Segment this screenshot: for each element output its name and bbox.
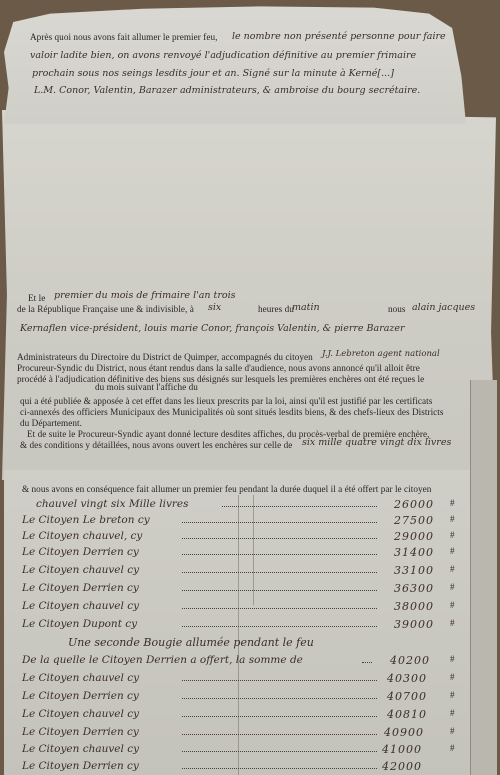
dotted-leader [182, 626, 377, 627]
handwritten-hour: six [208, 302, 221, 313]
bid-amount: 40200 [390, 654, 430, 667]
livres-mark: # [450, 726, 455, 736]
printed-paragraph-line: Administrateurs du Directoire du Distric… [17, 352, 313, 362]
bidder: chauvel vingt six Mille livres [36, 498, 189, 510]
bid-amount: 33100 [394, 564, 434, 577]
bid-row: Le Citoyen Derrien cy 36300 # [22, 582, 472, 598]
bid-row: Le Citoyen Derrien cy 31400 # [22, 546, 472, 562]
bid-row: Le Citoyen chauvel cy 41000 # [22, 743, 472, 759]
printed-paragraph-line: & des conditions y détaillées, nous avon… [20, 440, 292, 450]
dotted-leader [182, 608, 377, 609]
bid-row: Le Citoyen chauvel, cy 29000 # [22, 530, 472, 546]
livres-mark: # [450, 600, 455, 610]
printed-paragraph-line: du Département. [20, 418, 82, 428]
handwritten-date: premier du mois de frimaire l'an trois [54, 290, 236, 301]
bid-row: Le Citoyen Le breton cy 27500 # [22, 514, 472, 530]
dotted-leader [182, 768, 377, 769]
handwritten-line: prochain sous nos seings lesdits jour et… [32, 68, 394, 79]
printed-paragraph-line: Procureur-Syndic du District, nous étant… [17, 363, 420, 373]
livres-mark: # [450, 654, 455, 664]
bidder: Le Citoyen chauvel cy [22, 564, 139, 576]
bidder: Le Citoyen chauvel cy [22, 600, 139, 612]
dotted-leader [182, 734, 377, 735]
bid-row: Le Citoyen Derrien cy 40900 # [22, 726, 472, 742]
livres-mark: # [450, 498, 455, 508]
livres-mark: # [450, 743, 455, 753]
second-candle-heading: Une seconde Bougie allumée pendant le fe… [68, 636, 314, 649]
paper-sheet-top-fragment [4, 4, 466, 124]
livres-mark: # [450, 672, 455, 682]
bidder: Le Citoyen Derrien cy [22, 546, 139, 558]
dotted-leader [182, 538, 377, 539]
bid-amount: 40300 [387, 672, 427, 685]
livres-mark: # [450, 564, 455, 574]
bid-amount: 40900 [384, 726, 424, 739]
handwritten-agent: J.J. Lebreton agent national [322, 349, 440, 359]
bid-amount: 39000 [394, 618, 434, 631]
dotted-leader [182, 522, 377, 523]
bid-amount: 27500 [394, 514, 434, 527]
bid-amount: 36300 [394, 582, 434, 595]
printed-paragraph-line: procédé à l'adjudication définitive des … [17, 374, 424, 384]
bid-amount: 38000 [394, 600, 434, 613]
bid-row: Le Citoyen Dupont cy 39000 # [22, 618, 472, 634]
dotted-leader [182, 590, 377, 591]
printed-paragraph-line: ci-annexés des officiers Municipaux des … [20, 407, 444, 417]
paper-edge-right [470, 380, 497, 775]
bid-row: Le Citoyen chauvel cy 40810 # [22, 708, 472, 724]
bid-amount: 41000 [382, 743, 422, 756]
dotted-leader [362, 662, 372, 663]
handwritten-line: valoir ladite bien, on avons renvoyé l'a… [30, 50, 416, 61]
bid-amount: 40810 [387, 708, 427, 721]
printed-paragraph-line: qui a été publiée & apposée à cet effet … [20, 396, 432, 406]
handwritten-line: L.M. Conor, Valentin, Barazer administra… [34, 85, 420, 96]
printed-text: nous [388, 304, 406, 314]
handwritten-names: Kernaflen vice-président, louis marie Co… [20, 323, 405, 334]
livres-mark: # [450, 690, 455, 700]
printed-paragraph-line: du mois suivant l'affiche du [95, 382, 198, 392]
livres-mark: # [450, 514, 455, 524]
handwritten-time: matin [292, 302, 320, 313]
bid-row: Le Citoyen chauvel cy 33100 # [22, 564, 472, 580]
bid-amount: 31400 [394, 546, 434, 559]
bidder: Le Citoyen Derrien cy [22, 582, 139, 594]
dotted-leader [182, 554, 377, 555]
bid-row: chauvel vingt six Mille livres 26000 # [22, 498, 472, 514]
printed-line: Après quoi nous avons fait allumer le pr… [30, 32, 217, 42]
bidder: Le Citoyen Dupont cy [22, 618, 137, 630]
printed-text: de la République Française une & indivis… [17, 304, 194, 314]
livres-mark: # [450, 546, 455, 556]
printed-text: heures du [258, 304, 294, 314]
handwritten-name: alain jacques [412, 302, 475, 313]
bidder: Le Citoyen chauvel cy [22, 672, 139, 684]
bid-row: Le Citoyen chauvel cy 38000 # [22, 600, 472, 616]
bidder: Le Citoyen Derrien cy [22, 760, 139, 772]
bid-amount: 42000 [382, 760, 422, 773]
livres-mark: # [450, 708, 455, 718]
dotted-leader [182, 716, 377, 717]
bids-intro: & nous avons en conséquence fait allumer… [22, 484, 431, 494]
dotted-leader [182, 572, 377, 573]
handwritten-opening-price: six mille quatre vingt dix livres [302, 437, 451, 448]
dotted-leader [182, 751, 377, 752]
dotted-leader [182, 698, 377, 699]
bid-row: Le Citoyen chauvel cy 40300 # [22, 672, 472, 688]
printed-text: Et le [28, 293, 45, 303]
bid-row: Le Citoyen Derrien cy 42000 [22, 760, 472, 775]
bidder: Le Citoyen Derrien cy [22, 726, 139, 738]
dotted-leader [182, 680, 377, 681]
bid-amount: 29000 [394, 530, 434, 543]
bidder: Le Citoyen chauvel, cy [22, 530, 142, 542]
dotted-leader [222, 506, 377, 507]
bid-row: De la quelle le Citoyen Derrien a offert… [22, 654, 472, 670]
bidder: Le Citoyen Derrien cy [22, 690, 139, 702]
bid-amount: 26000 [394, 498, 434, 511]
second-candle-lead: De la quelle le Citoyen Derrien a offert… [22, 654, 303, 666]
handwritten-line: le nombre non présenté personne pour fai… [232, 31, 446, 42]
livres-mark: # [450, 530, 455, 540]
bid-amount: 40700 [387, 690, 427, 703]
livres-mark: # [450, 618, 455, 628]
bidder: Le Citoyen chauvel cy [22, 708, 139, 720]
bidder: Le Citoyen Le breton cy [22, 514, 150, 526]
bidder: Le Citoyen chauvel cy [22, 743, 139, 755]
livres-mark: # [450, 582, 455, 592]
bid-row: Le Citoyen Derrien cy 40700 # [22, 690, 472, 706]
